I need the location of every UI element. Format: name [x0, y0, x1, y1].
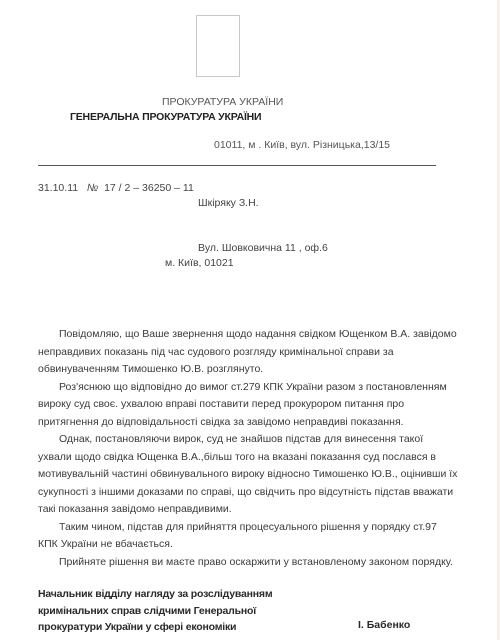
- reference-line: 31.10.11 № 17 / 2 – 36250 – 11: [38, 182, 194, 195]
- body-paragraph: Повідомляю, що Ваше звернення щодо надан…: [38, 326, 458, 379]
- header-divider: [38, 165, 436, 166]
- org-name: ГЕНЕРАЛЬНА ПРОКУРАТУРА УКРАЇНИ: [70, 111, 261, 124]
- signatory-position: Начальник відділу нагляду за розслідуван…: [38, 586, 272, 636]
- signatory-position-line: Начальник відділу нагляду за розслідуван…: [38, 586, 272, 603]
- body-paragraph: Роз'яснюю що відповідно до вимог ст.279 …: [38, 379, 458, 432]
- body-paragraph: Прийняте рішення ви маєте право оскаржит…: [38, 554, 458, 572]
- org-title: ПРОКУРАТУРА УКРАЇНИ: [162, 96, 283, 109]
- reference-date: 31.10.11: [38, 182, 78, 194]
- recipient-name: Шкіряку З.Н.: [198, 197, 259, 210]
- emblem-image-placeholder: [196, 15, 240, 77]
- body-paragraph: Однак, постановляючи вирок, суд не знайш…: [38, 431, 458, 519]
- signatory-name: І. Бабенко: [358, 619, 410, 632]
- signatory-position-line: кримінальних справ слідчими Генеральної: [38, 603, 272, 620]
- number-sign: №: [87, 182, 98, 194]
- body-paragraph: Таким чином, підстав для прийняття проце…: [38, 519, 458, 554]
- recipient-city: м. Київ, 01021: [165, 257, 234, 270]
- letter-body: Повідомляю, що Ваше звернення щодо надан…: [38, 326, 458, 571]
- recipient-street: Вул. Шовковична 11 , оф.6: [198, 242, 328, 255]
- org-address: 01011, м . Київ, вул. Різницька,13/15: [214, 139, 390, 152]
- reference-number: 17 / 2 – 36250 – 11: [104, 182, 194, 194]
- signatory-position-line: прокуратури України у сфері економіки: [38, 619, 272, 636]
